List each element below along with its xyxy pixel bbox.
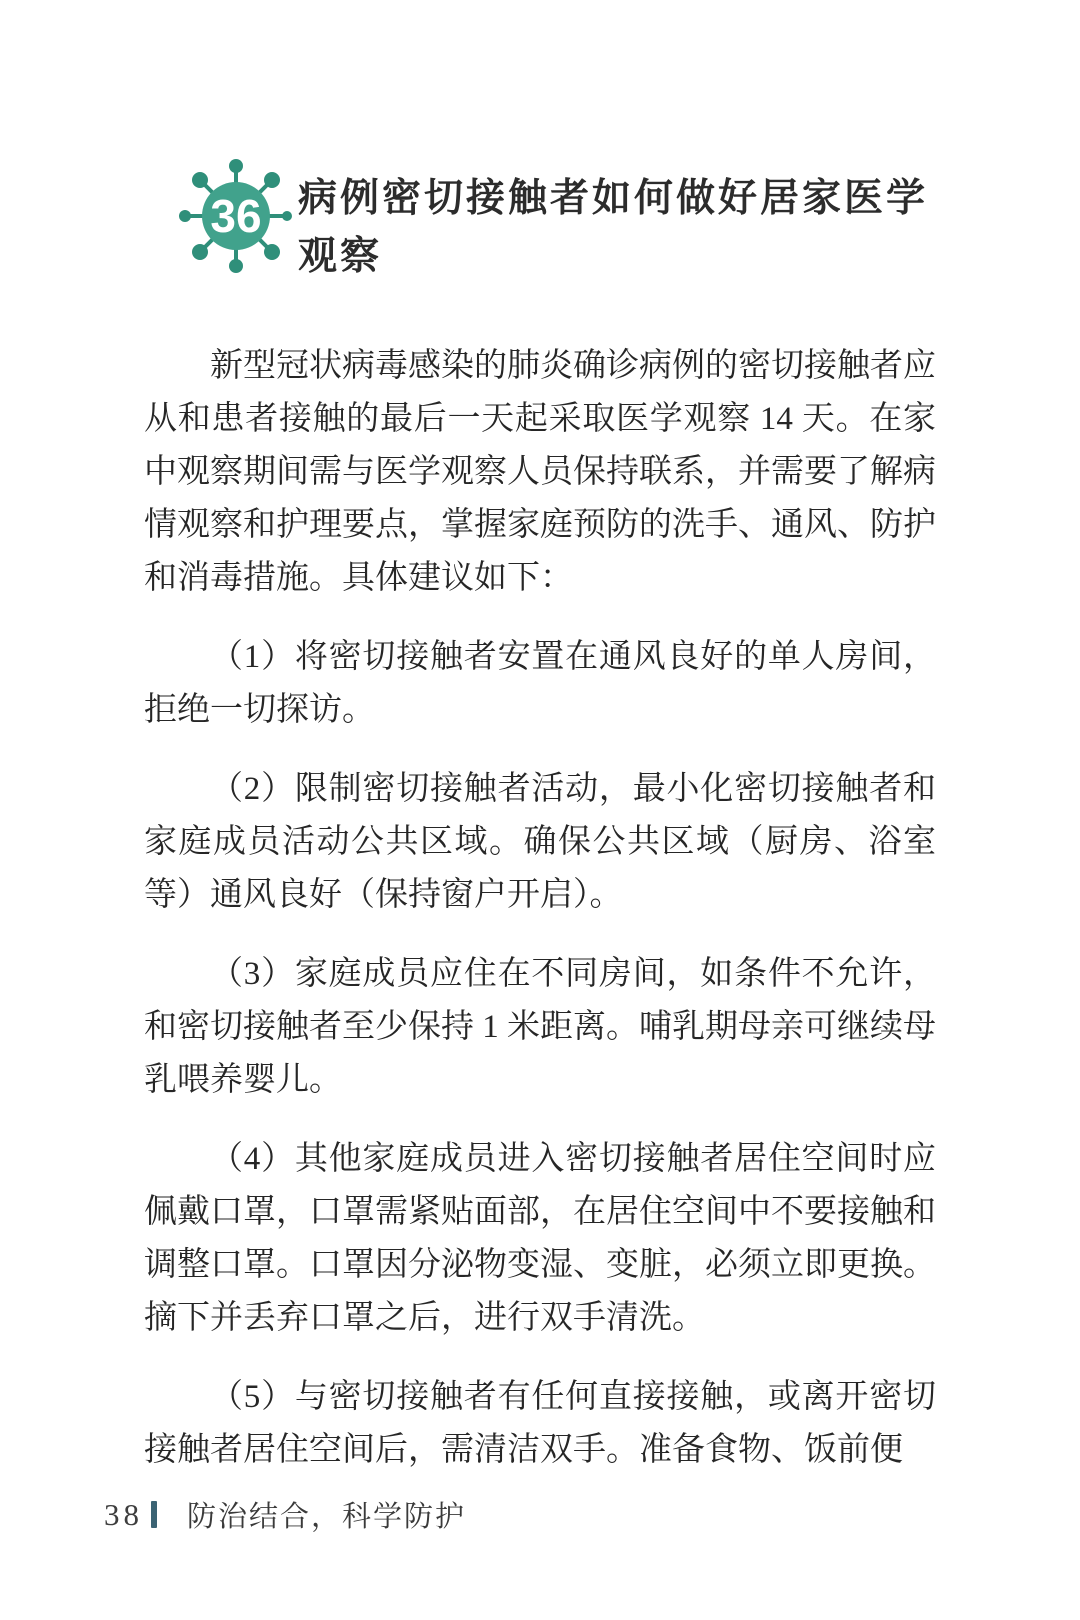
virus-icon: 36	[176, 156, 296, 276]
section-title: 病例密切接触者如何做好居家医学观察	[298, 170, 942, 286]
paragraph-item-3: （3）家庭成员应住在不同房间，如条件不允许，和密切接触者至少保持 1 米距离。哺…	[144, 948, 936, 1107]
page-number: 38	[104, 1497, 143, 1533]
paragraph-intro: 新型冠状病毒感染的肺炎确诊病例的密切接触者应从和患者接触的最后一天起采取医学观察…	[144, 340, 936, 605]
section-header: 36 病例密切接触者如何做好居家医学观察	[176, 156, 960, 286]
paragraph-item-5: （5）与密切接触者有任何直接接触，或离开密切接触者居住空间后，需清洁双手。准备食…	[144, 1371, 936, 1477]
virus-badge-icon: 36	[176, 156, 296, 276]
section-number: 36	[210, 190, 261, 242]
paragraph-item-1: （1）将密切接触者安置在通风良好的单人房间，拒绝一切探访。	[144, 631, 936, 737]
page-footer: 38 防治结合，科学防护	[104, 1494, 466, 1535]
footer-slogan: 防治结合，科学防护	[187, 1494, 466, 1535]
paragraph-item-4: （4）其他家庭成员进入密切接触者居住空间时应佩戴口罩，口罩需紧贴面部，在居住空间…	[144, 1133, 936, 1345]
footer-divider-bar	[151, 1501, 157, 1528]
body-text: 新型冠状病毒感染的肺炎确诊病例的密切接触者应从和患者接触的最后一天起采取医学观察…	[144, 340, 936, 1477]
book-page: 36 病例密切接触者如何做好居家医学观察 新型冠状病毒感染的肺炎确诊病例的密切接…	[0, 0, 1080, 1620]
paragraph-item-2: （2）限制密切接触者活动，最小化密切接触者和家庭成员活动公共区域。确保公共区域（…	[144, 763, 936, 922]
